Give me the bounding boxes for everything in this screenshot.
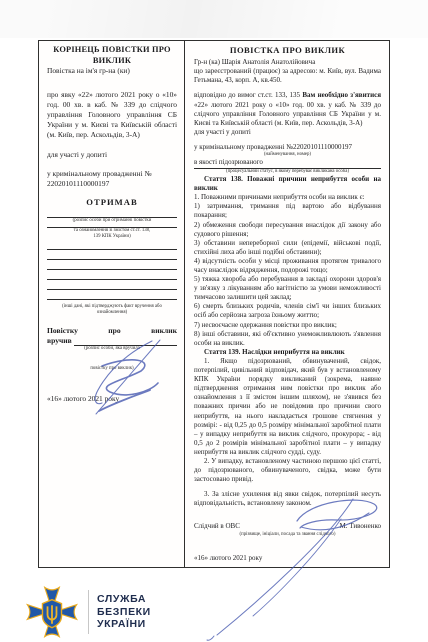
case-number-line: у кримінальному провадженні №22020101110… [194,143,381,152]
handed-word: про [108,326,120,336]
blank-line [47,270,177,280]
article-138-item: 1) затримання, тримання під вартою або в… [194,202,381,220]
stub-column: КОРІНЕЦЬ ПОВІСТКИ ПРО ВИКЛИК Повістка на… [39,41,185,567]
summons-title: ПОВІСТКА ПРО ВИКЛИК [194,45,381,56]
logo-text-line: УКРАЇНИ [97,618,151,631]
handed-word: Повістку [47,326,78,336]
requirement-post: «22» лютого 2021 року о «10» год. 00 хв.… [194,101,381,127]
logo-text-line: БЕЗПЕКИ [97,606,151,619]
stub-date: «16» лютого 2021 року [47,394,177,404]
article-138-item: 2) обмеження свободи пересування внаслід… [194,221,381,239]
requirement-pre: відповідно до вимог ст.ст. 133, 135 [194,91,302,99]
scan-artifact [0,0,428,38]
article-138-item: 6) смерть близьких родичів, членів сім'ї… [194,302,381,320]
logo-divider [88,590,89,634]
addressee-line: Гр-н (ка) Шарія Анатолія Анатолійовича [194,58,381,67]
summons-column: ПОВІСТКА ПРО ВИКЛИК Гр-н (ка) Шарія Анат… [185,41,389,567]
sbu-cross-emblem-icon [24,584,80,640]
stub-appear-text: про явку «22» лютого 2021 року о «10» го… [47,90,177,140]
sbu-logo: СЛУЖБА БЕЗПЕКИ УКРАЇНИ [24,584,151,640]
scanned-summons-page: КОРІНЕЦЬ ПОВІСТКИ ПРО ВИКЛИК Повістка на… [0,0,428,642]
sbu-logo-text: СЛУЖБА БЕЗПЕКИ УКРАЇНИ [97,593,151,631]
investigator-row: Слідчий в ОВС М. Тивоненко [194,522,381,531]
blank-line [47,250,177,260]
logo-text-line: СЛУЖБА [97,593,151,606]
status-line: в якості підозрюваного [194,158,381,169]
summons-purpose: для участі у допиті [194,128,381,137]
blank-line [47,240,177,250]
article-138-item: 8) інші обставини, які об'єктивно унемож… [194,330,381,348]
address-line: що зареєстрований (працює) за адресою: м… [194,67,381,85]
stub-case-line: у кримінальному провадженні № 2202010111… [47,169,177,189]
requirement-bold: Вам необхідно з'явитися [302,91,381,99]
investigator-label: Слідчий в ОВС [194,522,240,531]
handed-word: виклик [151,326,177,336]
blank-line [47,280,177,290]
article-138-title: Стаття 138. Поважні причини неприбуття о… [194,175,381,193]
requirement-paragraph: відповідно до вимог ст.ст. 133, 135 Вам … [194,91,381,127]
stub-handed-line2: вручив [47,336,177,346]
stub-name-line: Повістка на ім'я гр-на (ки) [47,66,177,76]
blank-line [47,260,177,270]
article-138-item: 4) відсутність особи у місці проживання … [194,257,381,275]
stub-received-label: ОТРИМАВ [47,197,177,209]
handed-word: вручив [47,336,72,346]
investigator-name: М. Тивоненко [340,522,381,531]
article-139-paragraph-2: 2. У випадку, встановленому частиною пер… [194,457,381,484]
summons-document: КОРІНЕЦЬ ПОВІСТКИ ПРО ВИКЛИК Повістка на… [38,40,390,568]
stub-purpose: для участі у допиті [47,150,177,160]
article-138-item: 3) обставини непереборної сили (епідемії… [194,239,381,257]
summons-date: «16» лютого 2021 року [194,554,381,563]
article-139-paragraph-1: 1. Якщо підозрюваний, обвинувачений, сві… [194,357,381,457]
stub-handed-line: Повістку про виклик [47,326,177,336]
article-138-intro: 1. Поважними причинами неприбуття особи … [194,193,381,202]
blank-line [47,290,177,300]
stub-title: КОРІНЕЦЬ ПОВІСТКИ ПРО ВИКЛИК [47,45,177,66]
article-139-title: Стаття 139. Наслідки неприбуття на викли… [194,348,381,357]
article-138-item: 5) тяжка хвороба або перебування в закла… [194,275,381,302]
signature-line [74,336,177,346]
article-139-paragraph-3: 3. За злісне ухилення від явки свідок, п… [194,490,381,508]
article-138-item: 7) несвоєчасне одержання повістки про ви… [194,321,381,330]
stub-caption-other: (інші дані, які підтверджують факт вруче… [47,304,177,316]
